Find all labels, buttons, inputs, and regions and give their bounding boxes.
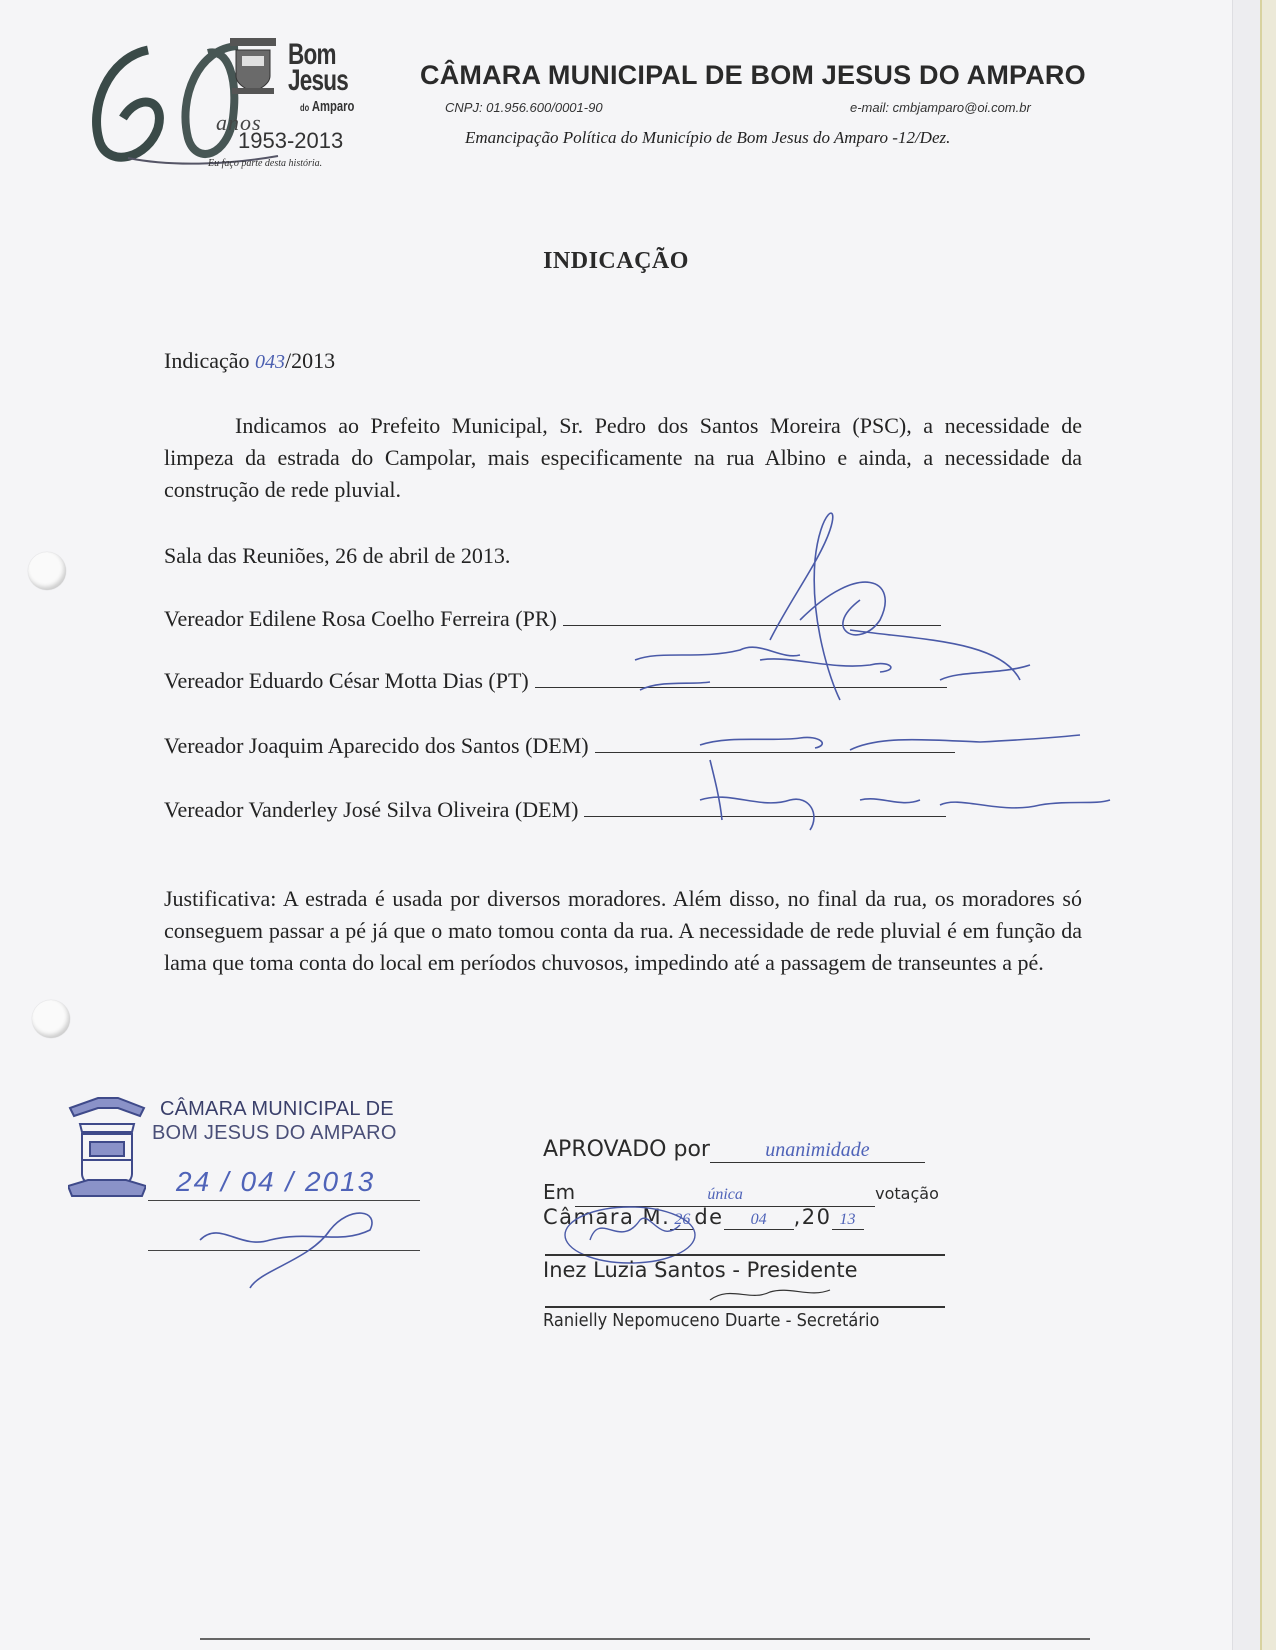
- signature-line: [584, 815, 946, 817]
- president-name: Inez Luzia Santos - Presidente: [543, 1258, 858, 1282]
- handwritten-number: 043: [255, 351, 285, 373]
- document-title: INDICAÇÃO: [0, 248, 1232, 275]
- logo-years: 1953-2013: [238, 128, 343, 154]
- secretary-name: Ranielly Nepomuceno Duarte - Secretário: [543, 1310, 879, 1331]
- signature-line: [535, 686, 947, 688]
- punch-hole: [28, 552, 66, 590]
- place-date: Sala das Reuniões, 26 de abril de 2013.: [164, 540, 1082, 572]
- institution-title: CÂMARA MUNICIPAL DE BOM JESUS DO AMPARO: [420, 60, 1086, 91]
- emancipation-note: Emancipação Política do Município de Bom…: [465, 128, 950, 148]
- signature-line: [595, 751, 955, 753]
- punch-hole: [32, 1000, 70, 1038]
- indication-paragraph: Indicamos ao Prefeito Municipal, Sr. Ped…: [164, 410, 1082, 506]
- president-signature-line: [545, 1254, 945, 1256]
- logo-brand: Bom Jesus: [288, 42, 348, 94]
- justification-paragraph: Justificativa: A estrada é usada por div…: [164, 883, 1082, 979]
- page-edge: [1232, 0, 1261, 1650]
- signature-line: [563, 624, 941, 626]
- email: e-mail: cmbjamparo@oi.com.br: [850, 100, 1031, 115]
- page-edge-outer: [1260, 0, 1276, 1650]
- anniversary-logo: Bom Jesus do Amparo anos 1953-2013 Eu fa…: [88, 28, 378, 173]
- indication-number: Indicação 043/2013: [164, 345, 1082, 378]
- stamp-date: 24 / 04 / 2013: [176, 1166, 375, 1198]
- logo-amparo: do Amparo: [300, 98, 354, 115]
- approved-by: APROVADO porunanimidade: [543, 1137, 925, 1163]
- chamber-crest-stamp-icon: [68, 1090, 146, 1200]
- stamp-line-1: CÂMARA MUNICIPAL DE: [160, 1098, 394, 1121]
- stamp-line-2: BOM JESUS DO AMPARO: [152, 1122, 397, 1145]
- footer-rule: [200, 1638, 1090, 1640]
- municipal-crest-icon: [228, 36, 278, 96]
- signer-row: Vereador Edilene Rosa Coelho Ferreira (P…: [164, 606, 941, 632]
- secretary-signature-line: [545, 1306, 945, 1308]
- logo-slogan: Eu faço parte desta história.: [208, 158, 322, 169]
- signer-row: Vereador Joaquim Aparecido dos Santos (D…: [164, 733, 955, 759]
- signer-row: Vereador Vanderley José Silva Oliveira (…: [164, 797, 946, 823]
- approved-by-value: unanimidade: [710, 1139, 925, 1163]
- stamp-signature-scribble: [180, 1200, 400, 1290]
- approval-year: 13: [832, 1211, 864, 1230]
- cnpj: CNPJ: 01.956.600/0001-90: [445, 100, 603, 115]
- signer-row: Vereador Eduardo César Motta Dias (PT): [164, 668, 947, 694]
